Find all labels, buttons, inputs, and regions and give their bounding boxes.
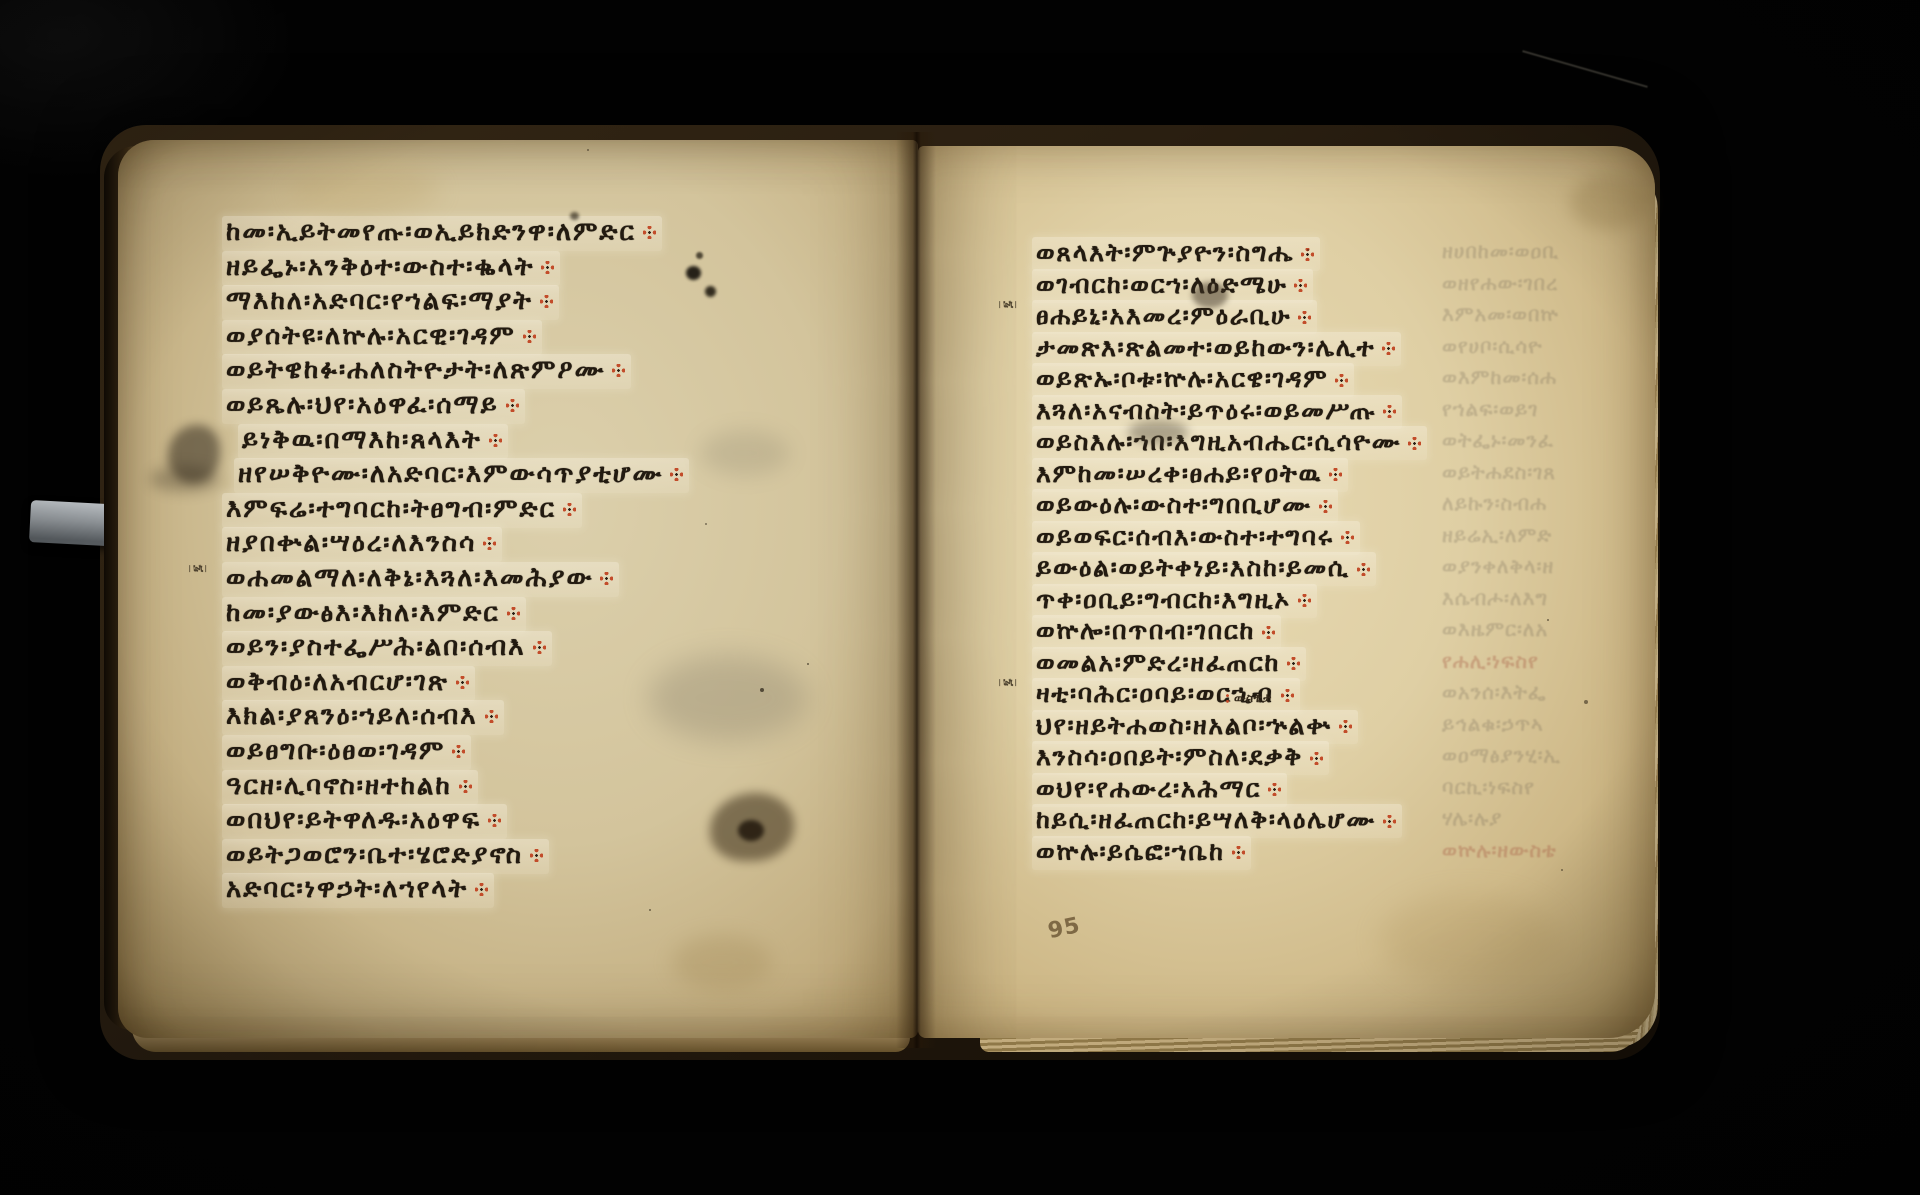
manuscript-line: ወያሰትዩ፡ለኵሉ፡አርዊ፡ገዳም: [222, 320, 542, 355]
line-text: ፀሐይኒ፡አእመረ፡ምዕራቢሁ: [1036, 301, 1291, 330]
rubric-cross-mark: [1408, 437, 1421, 450]
rubric-cross-mark: [452, 745, 465, 758]
line-text: ከይሲ፡ዘፈጠርከ፡ይሣለቅ፡ላዕሌሆሙ: [1036, 805, 1376, 834]
line-text: ወይጽኡ፡ቦቱ፡ኵሉ፡አርዌ፡ገዳም: [1036, 364, 1328, 393]
rubric-cross-mark: [533, 641, 546, 654]
ghost-line: ወዐማፅያንሂ፡ኢ: [1442, 743, 1561, 767]
manuscript-line: ከመ፡ኢይትመየጡ፡ወኢይክድንዋ፡ለምድር: [222, 216, 662, 251]
manuscript-line: ይውዕል፡ወይትቀነይ፡እስከ፡ይመሲ: [1032, 552, 1376, 586]
ghost-line: የሐሊ፡ነፍስየ: [1442, 649, 1539, 673]
rubric-cross-mark: [643, 226, 656, 239]
line-text: ከመ፡ኢይትመየጡ፡ወኢይክድንዋ፡ለምድር: [226, 217, 636, 247]
ghost-line: ወዘየሐው፡ገበረ: [1442, 271, 1558, 295]
line-text: ይነቅዉ፡በማእከ፡ጸላእት: [242, 425, 482, 455]
line-text: ዘያበቍል፡ሣዕረ፡ለእንስሳ: [226, 528, 476, 558]
line-text: ወመልአ፡ምድረ፡ዘፈጠርከ: [1036, 648, 1280, 677]
marginal-numeral: ፯: [189, 565, 206, 572]
line-text: ወሐመልማለ፡ለቅኔ፡እጓለ፡እመሕያው: [226, 563, 593, 593]
ghost-line: ዘሀበከመ፡ወዐቢ: [1442, 239, 1559, 263]
line-text: እምፍሬ፡ተግባርከ፡ትፀግብ፡ምድር: [226, 494, 556, 524]
line-text: ህየ፡ዘይትሐወስ፡ዘአልቦ፡ኍልቍ: [1036, 711, 1332, 740]
manuscript-line: ፀሐይኒ፡አእመረ፡ምዕራቢሁ: [1032, 300, 1317, 334]
manuscript-line: ወይወፍር፡ሰብእ፡ውስተ፡ተግባሩ: [1032, 521, 1360, 555]
rubric-cross-mark: [485, 710, 498, 723]
line-text: ወጸላእት፡ምጕያዮን፡ስግሔ: [1036, 238, 1294, 267]
line-text: ወህየ፡የሐውረ፡አሕማር: [1036, 774, 1261, 803]
ghost-line: የኀልፍ፡ወይገ: [1442, 397, 1538, 421]
line-text: እምከመ፡ሠረቀ፡ፀሐይ፡የዐትዉ: [1036, 459, 1322, 488]
line-text: እንስሳ፡ዐበይት፡ምስለ፡ደቃቅ: [1036, 742, 1303, 771]
interlinear-gloss: ውስቴታ: [1224, 691, 1272, 706]
ghost-line: ይኅልቁ፡ኃጥኣ: [1442, 712, 1544, 736]
manuscript-line: ከይሲ፡ዘፈጠርከ፡ይሣለቅ፡ላዕሌሆሙ: [1032, 804, 1402, 838]
ghost-line: ለይኩን፡ስብሐ: [1442, 491, 1547, 515]
manuscript-line: እምከመ፡ሠረቀ፡ፀሐይ፡የዐትዉ: [1032, 458, 1348, 492]
ghost-line: ሃሌ፡ሉያ: [1442, 806, 1502, 830]
manuscript-line: ወይፀግቡ፡ዕፀወ፡ገዳም: [222, 735, 471, 770]
line-text: ጥቀ፡ዐቢይ፡ግብርከ፡እግዚኦ: [1036, 585, 1291, 614]
manuscript-line: ከመ፡ያውፅእ፡እክለ፡እምድር: [222, 597, 526, 632]
rubric-cross-mark: [1294, 279, 1307, 292]
manuscript-line: ይነቅዉ፡በማእከ፡ጸላእት: [238, 424, 508, 459]
line-text: ወይፀግቡ፡ዕፀወ፡ገዳም: [226, 736, 445, 766]
manuscript-line: እንስሳ፡ዐበይት፡ምስለ፡ደቃቅ: [1032, 741, 1329, 775]
text-layer: ከመ፡ኢይትመየጡ፡ወኢይክድንዋ፡ለምድርዘይፌኑ፡አንቅዕተ፡ውስተ፡ቈላት…: [0, 0, 1920, 1195]
line-text: ወይውዕሉ፡ውስተ፡ግበቢሆሙ: [1036, 490, 1312, 519]
rubric-cross-mark: [1341, 531, 1354, 544]
manuscript-line: ወመልአ፡ምድረ፡ዘፈጠርከ: [1032, 647, 1306, 681]
rubric-cross-mark: [1301, 248, 1314, 261]
line-text: አድባር፡ነዋኃት፡ለኀየላት: [226, 874, 468, 904]
manuscript-line: ወህየ፡የሐውረ፡አሕማር: [1032, 773, 1287, 807]
manuscript-line: ጥቀ፡ዐቢይ፡ግብርከ፡እግዚኦ: [1032, 584, 1317, 618]
manuscript-line: አድባር፡ነዋኃት፡ለኀየላት: [222, 873, 494, 908]
manuscript-line: ታመጽእ፡ጽልመተ፡ወይከውን፡ሌሊተ: [1032, 332, 1401, 366]
line-text: ከመ፡ያውፅእ፡እክለ፡እምድር: [226, 598, 500, 628]
rubric-cross-mark: [506, 399, 519, 412]
rubric-cross-mark: [1268, 783, 1281, 796]
rubric-cross-mark: [540, 295, 553, 308]
manuscript-line: ወኵሉ፡ይሴፎ፡ኀቤከ: [1032, 836, 1251, 870]
line-text: ዘየሠቅዮሙ፡ለአድባር፡እምውሳጥያቲሆሙ: [238, 459, 663, 489]
ghost-line: እምአመ፡ወበኵ: [1442, 302, 1559, 326]
line-text: ወበህየ፡ይትዋለዱ፡አዕዋፍ: [226, 805, 481, 835]
manuscript-line: ወጸላእት፡ምጕያዮን፡ስግሔ: [1032, 237, 1320, 271]
line-text: እክል፡ያጸንዕ፡ኀይለ፡ሰብእ: [226, 701, 478, 731]
rubric-cross-mark: [1262, 626, 1275, 639]
rubric-cross-mark: [1319, 500, 1332, 513]
manuscript-line: ዓርዘ፡ሊባኖስ፡ዘተከልከ: [222, 770, 478, 805]
line-text: ወይን፡ያስተፌሥሕ፡ልበ፡ሰብእ: [226, 632, 526, 662]
line-text: ዓርዘ፡ሊባኖስ፡ዘተከልከ: [226, 771, 452, 801]
rubric-cross-mark: [541, 261, 554, 274]
rubric-cross-mark: [1335, 374, 1348, 387]
manuscript-line: እምፍሬ፡ተግባርከ፡ትፀግብ፡ምድር: [222, 493, 582, 528]
line-text: ዘይፌኑ፡አንቅዕተ፡ውስተ፡ቈላት: [226, 252, 534, 282]
rubric-cross-mark: [475, 883, 488, 896]
line-text: ወኵሉ፡ይሴፎ፡ኀቤከ: [1036, 837, 1225, 866]
marginal-numeral: ፯: [999, 679, 1016, 686]
manuscript-line: ማእከለ፡አድባር፡የኀልፍ፡ማያት: [222, 285, 559, 320]
line-text: ወይጼሉ፡ህየ፡አዕዋፈ፡ሰማይ: [226, 390, 499, 420]
line-text: ወቅብዕ፡ለአብርሆ፡ገጽ: [226, 667, 449, 697]
rubric-cross-mark: [1281, 689, 1294, 702]
ghost-line: ወያንቀለቅላ፡ዘ: [1442, 554, 1554, 578]
ghost-line: ወየሀቦ፡ሲሳዮ: [1442, 334, 1543, 358]
ghost-line: እሴብሖ፡ለእግ: [1442, 586, 1548, 610]
rubric-cross-mark: [523, 330, 536, 343]
ghost-line: ባርኪ፡ነፍስየ: [1442, 775, 1535, 799]
line-text: ወገብርከ፡ወርኀ፡ለዕድሜሁ: [1036, 270, 1287, 299]
manuscript-line: ወይትዌከፉ፡ሐለስትዮታት፡ለጽምዖሙ: [222, 354, 631, 389]
line-text: ይውዕል፡ወይትቀነይ፡እስከ፡ይመሲ: [1036, 553, 1350, 582]
line-text: ወያሰትዩ፡ለኵሉ፡አርዊ፡ገዳም: [226, 321, 516, 351]
rubric-cross-mark: [1329, 468, 1342, 481]
line-text: ታመጽእ፡ጽልመተ፡ወይከውን፡ሌሊተ: [1036, 333, 1375, 362]
ghost-line: ወእምከመ፡ሰሐ: [1442, 365, 1557, 389]
folio-number: 95: [1046, 913, 1083, 944]
rubric-cross-mark: [1310, 752, 1323, 765]
line-text: ወይትዌከፉ፡ሐለስትዮታት፡ለጽምዖሙ: [226, 355, 605, 385]
rubric-cross-mark: [459, 780, 472, 793]
ghost-line: ወአንሰ፡እትፌ: [1442, 680, 1546, 704]
gloss-text: ውስቴታ: [1234, 691, 1272, 705]
gloss-caret-icon: [1224, 694, 1231, 703]
manuscript-line: ዘይፌኑ፡አንቅዕተ፡ውስተ፡ቈላት: [222, 251, 560, 286]
manuscript-line: ዘየሠቅዮሙ፡ለአድባር፡እምውሳጥያቲሆሙ: [234, 458, 689, 493]
rubric-cross-mark: [670, 468, 683, 481]
manuscript-line: ወቅብዕ፡ለአብርሆ፡ገጽ: [222, 666, 475, 701]
rubric-cross-mark: [600, 572, 613, 585]
rubric-cross-mark: [1287, 657, 1300, 670]
manuscript-line: እጓለ፡አናብስት፡ይጥዕሩ፡ወይመሥጡ: [1032, 395, 1402, 429]
rubric-cross-mark: [1383, 815, 1396, 828]
rubric-cross-mark: [530, 849, 543, 862]
rubric-cross-mark: [456, 676, 469, 689]
rubric-cross-mark: [1232, 846, 1245, 859]
rubric-cross-mark: [1382, 342, 1395, 355]
manuscript-line: ወይጼሉ፡ህየ፡አዕዋፈ፡ሰማይ: [222, 389, 525, 424]
manuscript-line: ወይውዕሉ፡ውስተ፡ግበቢሆሙ: [1032, 489, 1338, 523]
manuscript-line: ወገብርከ፡ወርኀ፡ለዕድሜሁ: [1032, 269, 1313, 303]
ghost-line: ወይትሐደስ፡ገጸ: [1442, 460, 1556, 484]
rubric-cross-mark: [488, 814, 501, 827]
manuscript-photo: ከመ፡ኢይትመየጡ፡ወኢይክድንዋ፡ለምድርዘይፌኑ፡አንቅዕተ፡ውስተ፡ቈላት…: [0, 0, 1920, 1195]
rubric-cross-mark: [489, 434, 502, 447]
manuscript-line: ወይስእሉ፡ኀበ፡እግዚአብሔር፡ሲሳዮሙ: [1032, 426, 1427, 460]
manuscript-line: ወበህየ፡ይትዋለዱ፡አዕዋፍ: [222, 804, 507, 839]
line-text: ወኵሎ፡በጥበብ፡ገበርከ: [1036, 616, 1255, 645]
rubric-cross-mark: [1383, 405, 1396, 418]
manuscript-line: ዘያበቍል፡ሣዕረ፡ለእንስሳ: [222, 527, 502, 562]
line-text: እጓለ፡አናብስት፡ይጥዕሩ፡ወይመሥጡ: [1036, 396, 1376, 425]
rubric-cross-mark: [1357, 563, 1370, 576]
rubric-cross-mark: [1298, 311, 1311, 324]
rubric-cross-mark: [612, 364, 625, 377]
ghost-line: ዘይሬኢ፡ለምድ: [1442, 523, 1552, 547]
ghost-line: ወእዜምር፡ለአ: [1442, 617, 1548, 641]
rubric-cross-mark: [483, 537, 496, 550]
manuscript-line: ወይጽኡ፡ቦቱ፡ኵሉ፡አርዌ፡ገዳም: [1032, 363, 1354, 397]
manuscript-line: ወሐመልማለ፡ለቅኔ፡እጓለ፡እመሕያው: [222, 562, 619, 597]
manuscript-line: ወኵሎ፡በጥበብ፡ገበርከ: [1032, 615, 1281, 649]
line-text: ወይወፍር፡ሰብእ፡ውስተ፡ተግባሩ: [1036, 522, 1334, 551]
rubric-cross-mark: [1298, 594, 1311, 607]
manuscript-line: ህየ፡ዘይትሐወስ፡ዘአልቦ፡ኍልቍ: [1032, 710, 1358, 744]
manuscript-line: ወይን፡ያስተፌሥሕ፡ልበ፡ሰብእ: [222, 631, 552, 666]
rubric-cross-mark: [1339, 720, 1352, 733]
rubric-cross-mark: [507, 607, 520, 620]
ghost-line: ወትፌኑ፡መንፈ: [1442, 428, 1554, 452]
manuscript-line: እክል፡ያጸንዕ፡ኀይለ፡ሰብእ: [222, 700, 504, 735]
rubric-cross-mark: [563, 503, 576, 516]
ghost-line: ወኵሉ፡ዘውስቴ: [1442, 838, 1557, 862]
manuscript-line: ወይትጋወሮን፡ቤተ፡ሄሮድያኖስ: [222, 839, 549, 874]
line-text: ማእከለ፡አድባር፡የኀልፍ፡ማያት: [226, 286, 533, 316]
line-text: ወይትጋወሮን፡ቤተ፡ሄሮድያኖስ: [226, 840, 523, 870]
marginal-numeral: ፯: [999, 301, 1016, 308]
line-text: ወይስእሉ፡ኀበ፡እግዚአብሔር፡ሲሳዮሙ: [1036, 427, 1401, 456]
